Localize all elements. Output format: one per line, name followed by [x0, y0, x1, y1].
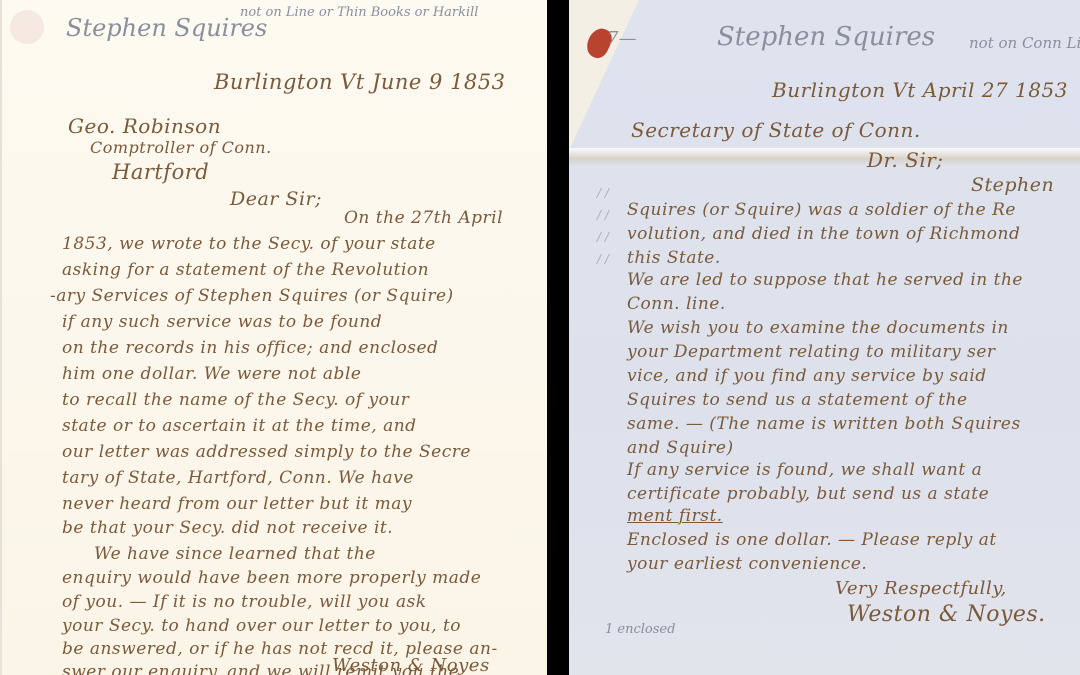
signature: Weston & Noyes	[332, 655, 490, 675]
body-line: asking for a statement of the Revolution	[62, 262, 429, 279]
body-line: Squires to send us a statement of the	[627, 392, 968, 409]
pencil-remark-note: not on Line or Thin Books or Harkill	[240, 5, 478, 20]
letter-june-1853: Stephen Squires not on Line or Thin Book…	[0, 0, 547, 675]
dateline: Burlington Vt April 27 1853	[772, 78, 1068, 102]
body-line: your Secy. to hand over our letter to yo…	[62, 618, 461, 635]
folded-corner	[569, 0, 639, 150]
body-line: certificate probably, but send us a stat…	[627, 486, 989, 503]
pencil-remark-note: not on Conn Line	[969, 34, 1080, 52]
closing: Very Respectfully,	[835, 578, 1007, 599]
paper-tear	[569, 148, 1080, 166]
body-line: this State.	[627, 250, 721, 267]
body-line: On the 27th April	[344, 210, 503, 227]
body-line: We have since learned that the	[94, 546, 376, 563]
seal-stain	[10, 10, 44, 44]
body-line: Enclosed is one dollar. — Please reply a…	[627, 532, 997, 549]
addressee-city: Hartford	[112, 160, 209, 184]
salutation: Dr. Sir;	[867, 148, 944, 172]
body-line: -ary Services of Stephen Squires (or Squ…	[50, 288, 454, 305]
body-line: your Department relating to military ser	[627, 344, 996, 361]
dateline: Burlington Vt June 9 1853	[214, 70, 506, 94]
body-line: Conn. line.	[627, 296, 726, 313]
body-line: enquiry would have been more properly ma…	[62, 570, 481, 587]
body-line: We wish you to examine the documents in	[627, 320, 1009, 337]
pencil-name-note: Stephen Squires	[66, 14, 267, 42]
body-line: volution, and died in the town of Richmo…	[627, 226, 1020, 243]
pencil-number-note: 7—	[607, 28, 636, 49]
body-line: same. — (The name is written both Squire…	[627, 416, 1021, 433]
body-line: Squires (or Squire) was a soldier of the…	[627, 202, 1016, 219]
pencil-margin-ticks: / / / / / / / /	[597, 182, 611, 352]
body-line: If any service is found, we shall want a	[627, 462, 982, 479]
body-line: your earliest convenience.	[627, 556, 867, 573]
body-line: 1853, we wrote to the Secy. of your stat…	[62, 236, 436, 253]
body-line: him one dollar. We were not able	[62, 366, 361, 383]
body-line: Stephen	[971, 176, 1054, 195]
pencil-name-note: Stephen Squires	[717, 22, 935, 52]
body-line: We are led to suppose that he served in …	[627, 272, 1023, 289]
signature: Weston & Noyes.	[847, 602, 1046, 627]
body-line: of you. — If it is no trouble, will you …	[62, 594, 427, 611]
pencil-enclosed-note: 1 enclosed	[605, 622, 675, 637]
letter-april-1853: 7— Stephen Squires not on Conn Line Burl…	[569, 0, 1080, 675]
body-line: to recall the name of the Secy. of your	[62, 392, 409, 409]
body-line: our letter was addressed simply to the S…	[62, 444, 471, 461]
addressee-title: Comptroller of Conn.	[90, 138, 272, 157]
body-line: never heard from our letter but it may	[62, 496, 412, 513]
body-line: if any such service was to be found	[62, 314, 382, 331]
salutation: Dear Sir;	[230, 188, 322, 210]
body-line: on the records in his office; and enclos…	[62, 340, 438, 357]
body-line: state or to ascertain it at the time, an…	[62, 418, 417, 435]
page-gutter	[547, 0, 569, 675]
body-line: ment first.	[627, 508, 723, 525]
addressee-name: Geo. Robinson	[68, 114, 221, 138]
body-line: tary of State, Hartford, Conn. We have	[62, 470, 414, 487]
body-line: vice, and if you find any service by sai…	[627, 368, 987, 385]
addressee: Secretary of State of Conn.	[631, 118, 921, 142]
body-line: and Squire)	[627, 440, 734, 457]
body-line: be that your Secy. did not receive it.	[62, 520, 393, 537]
